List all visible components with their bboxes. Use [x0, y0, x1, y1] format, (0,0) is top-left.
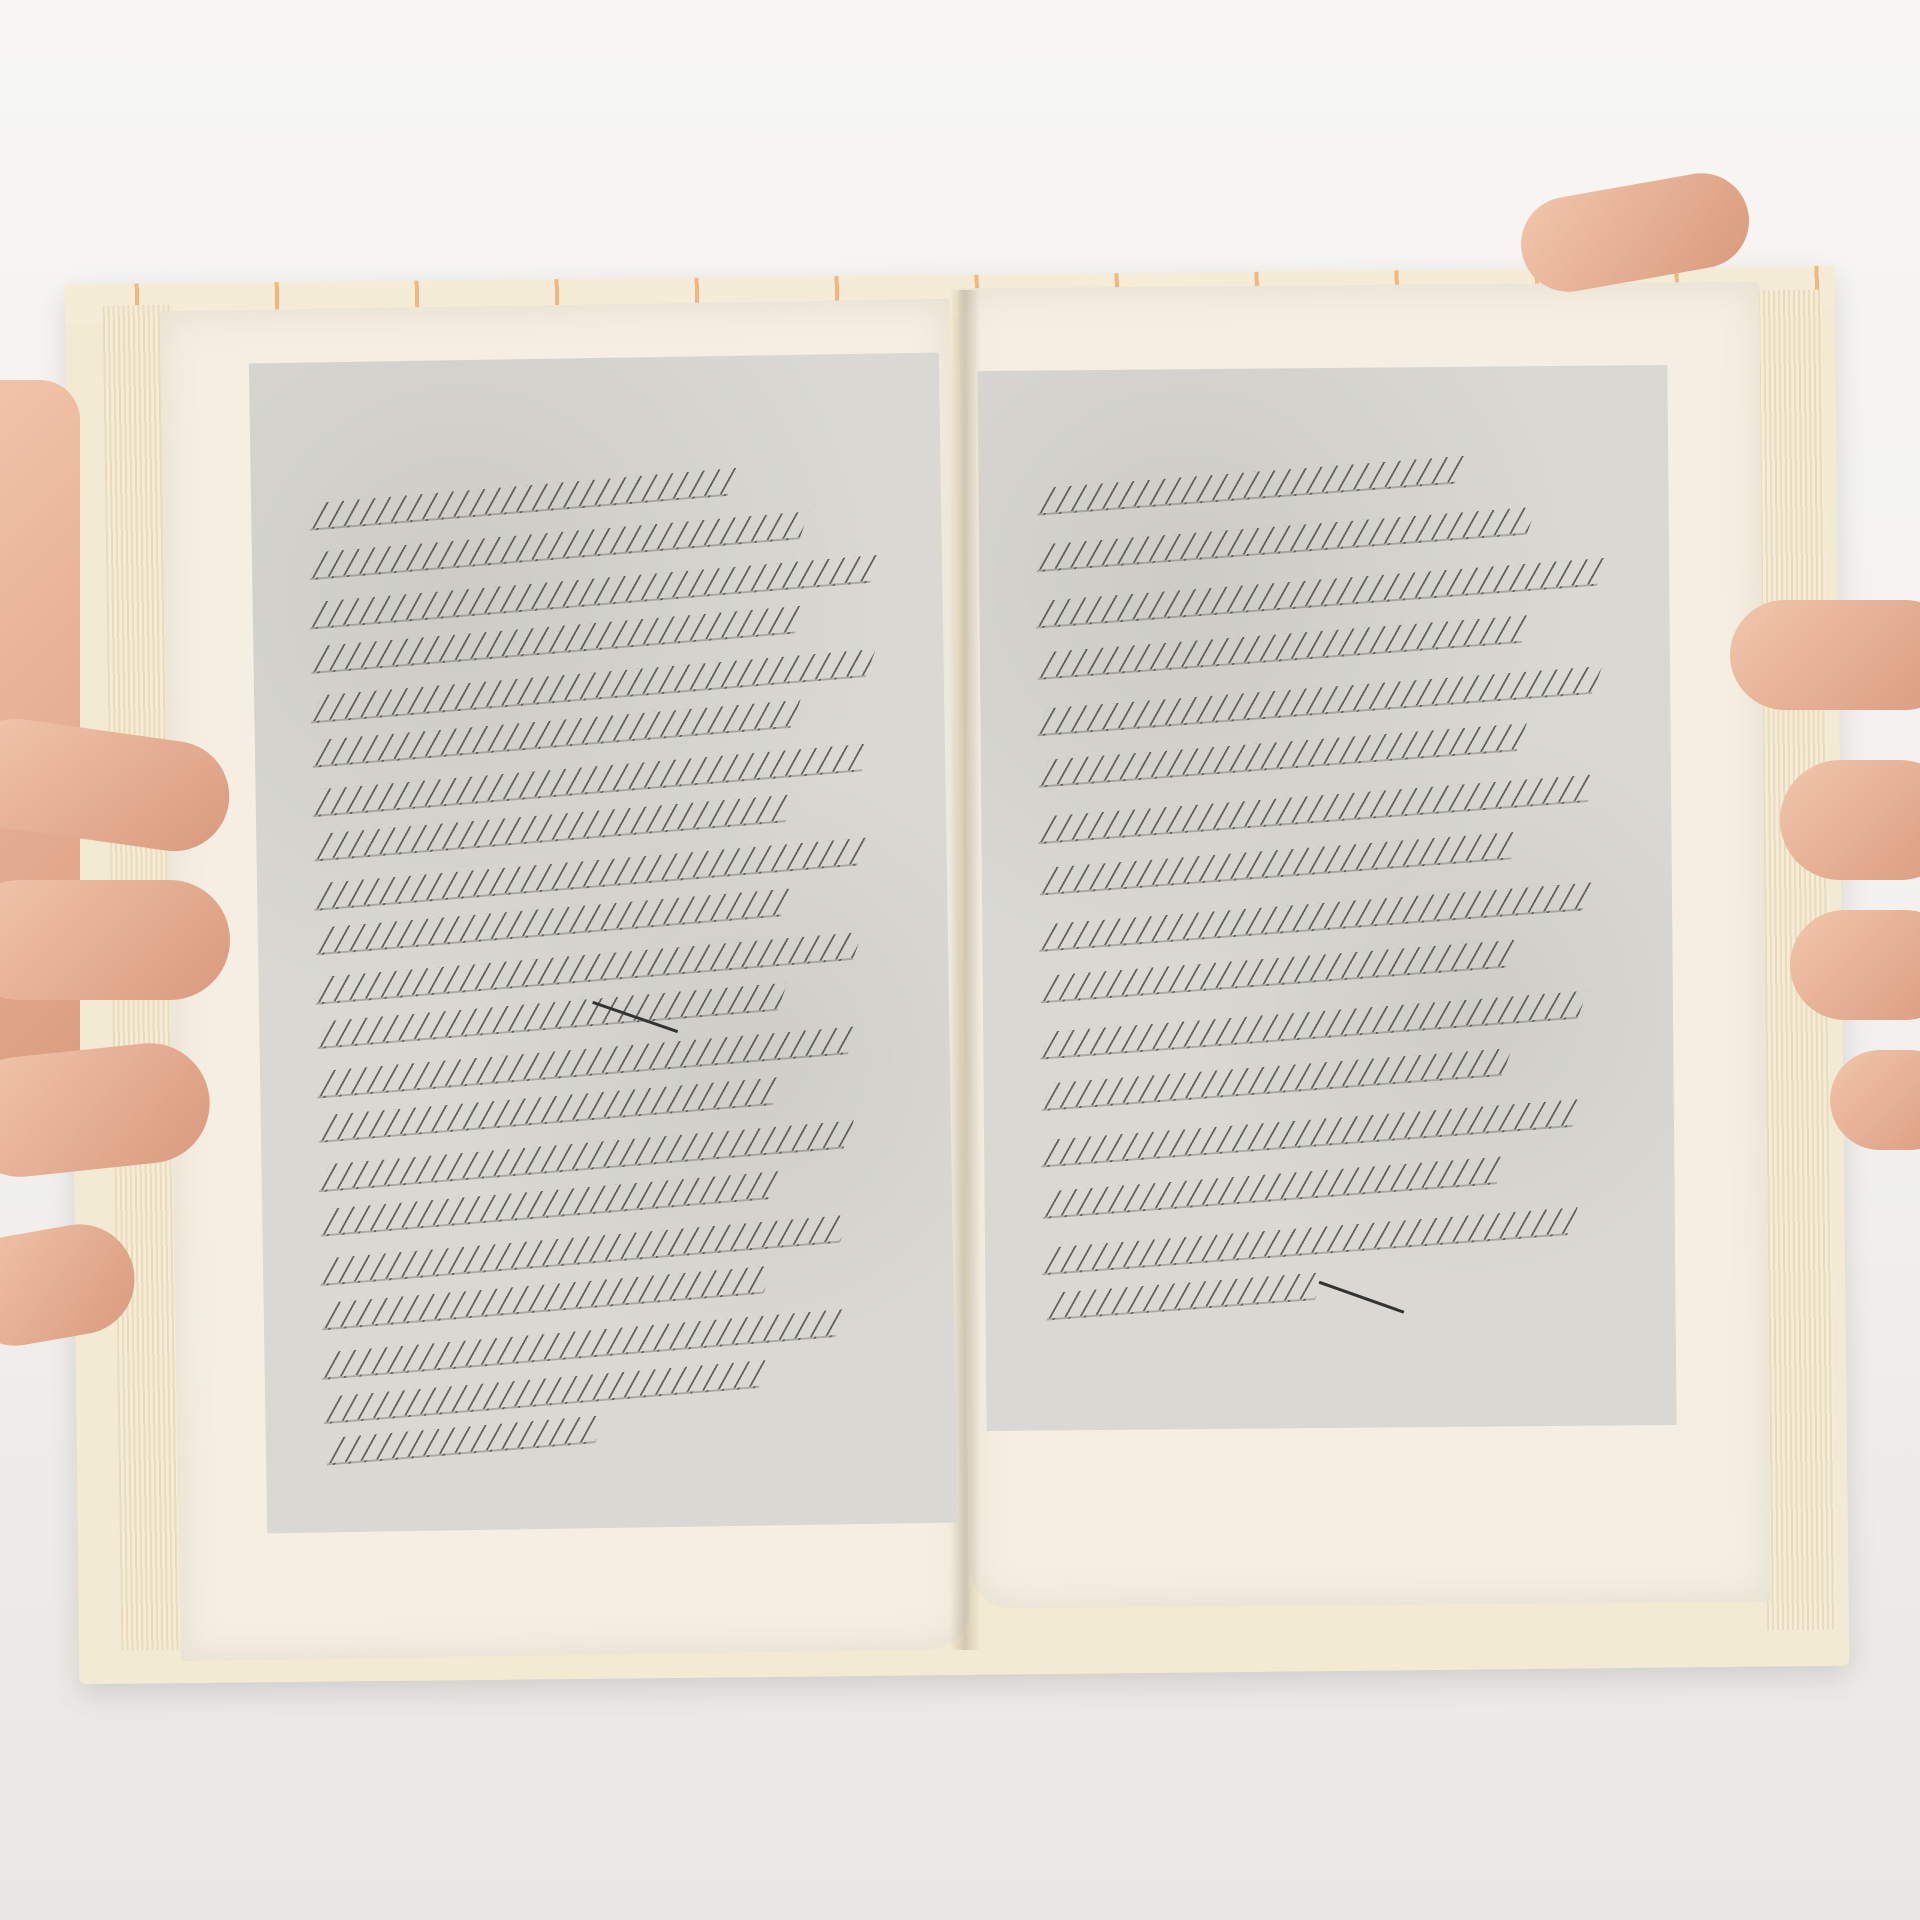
- handwriting-line: [1055, 1216, 1635, 1275]
- handwriting-line: [1055, 1270, 1635, 1329]
- right-handwriting-lines: [1048, 460, 1636, 1329]
- handwriting-line: [1051, 784, 1631, 843]
- left-facsimile-plate: [249, 353, 957, 1534]
- right-hand-finger: [1830, 1050, 1920, 1150]
- handwriting-line: [1050, 676, 1630, 735]
- right-hand-finger: [1790, 910, 1920, 1020]
- photo-scene: [0, 0, 1920, 1920]
- left-handwriting-lines: [321, 478, 916, 1474]
- ink-stroke: [1037, 456, 1466, 516]
- handwriting-line: [1052, 892, 1632, 951]
- handwriting-line: [1048, 460, 1628, 519]
- handwriting-line: [1053, 1000, 1633, 1059]
- handwriting-line: [336, 1418, 917, 1474]
- strikethrough-mark: [1319, 1281, 1405, 1314]
- right-facsimile-plate: [977, 365, 1676, 1431]
- left-hand-finger: [0, 880, 230, 1000]
- right-hand-finger: [1780, 760, 1920, 880]
- ink-stroke: [1046, 1272, 1326, 1321]
- handwriting-line: [1054, 1108, 1634, 1167]
- right-hand-finger: [1730, 600, 1920, 710]
- handwriting-line: [1049, 568, 1629, 627]
- ink-stroke: [310, 468, 738, 531]
